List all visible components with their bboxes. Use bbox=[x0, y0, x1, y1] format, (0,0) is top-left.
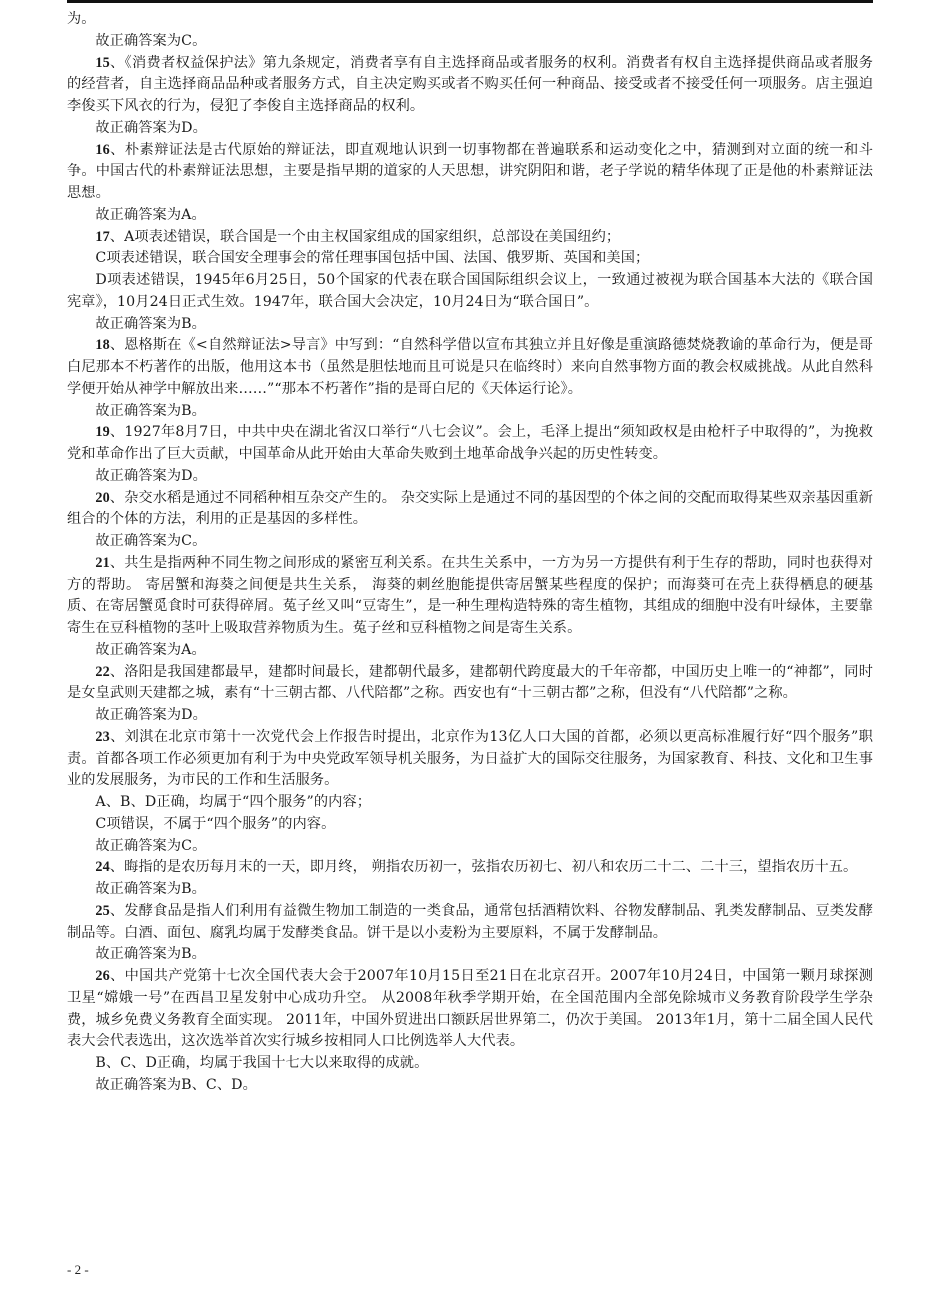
answer-line: 故正确答案为D。 bbox=[67, 705, 873, 727]
question-number: 17 bbox=[95, 229, 109, 245]
answer-line: 故正确答案为A。 bbox=[67, 205, 873, 227]
question-number: 20 bbox=[95, 490, 109, 506]
question-number: 18 bbox=[95, 337, 109, 353]
explanation-line: A、B、D正确，均属于“四个服务”的内容； bbox=[67, 792, 873, 814]
explanation-line: B、C、D正确，均属于我国十七大以来取得的成就。 bbox=[67, 1053, 873, 1075]
question-text: 、恩格斯在《<自然辩证法>导言》中写到：“自然科学借以宣布其独立并且好像是重演路… bbox=[67, 337, 873, 397]
question-text: 、发酵食品是指人们利用有益微生物加工制造的一类食品，通常包括酒精饮料、谷物发酵制… bbox=[67, 903, 873, 941]
question-text: 、刘淇在北京市第十一次党代会上作报告时提出，北京作为13亿人口大国的首都，必须以… bbox=[67, 729, 873, 789]
question-number: 26 bbox=[95, 968, 109, 984]
continuation-text: 为。 bbox=[67, 9, 873, 31]
answer-line: 故正确答案为B。 bbox=[67, 879, 873, 901]
question-20: 20、杂交水稻是通过不同稻种相互杂交产生的。 杂交实际上是通过不同的基因型的个体… bbox=[67, 488, 873, 532]
answer-line: 故正确答案为D。 bbox=[67, 118, 873, 140]
question-number: 24 bbox=[95, 859, 109, 875]
question-text: 、《消费者权益保护法》第九条规定，消费者享有自主选择商品或者服务的权利。消费者有… bbox=[67, 55, 873, 115]
answer-line: 故正确答案为B。 bbox=[67, 401, 873, 423]
explanation-line: D项表述错误，1945年6月25日，50个国家的代表在联合国国际组织会议上，一致… bbox=[67, 270, 873, 314]
question-number: 25 bbox=[95, 903, 109, 919]
question-23: 23、刘淇在北京市第十一次党代会上作报告时提出，北京作为13亿人口大国的首都，必… bbox=[67, 727, 873, 792]
answer-line: 故正确答案为B。 bbox=[67, 944, 873, 966]
question-text: 、中国共产党第十七次全国代表大会于2007年10月15日至21日在北京召开。20… bbox=[67, 968, 873, 1049]
question-number: 21 bbox=[95, 555, 109, 571]
question-number: 19 bbox=[95, 424, 109, 440]
question-25: 25、发酵食品是指人们利用有益微生物加工制造的一类食品，通常包括酒精饮料、谷物发… bbox=[67, 901, 873, 945]
question-number: 16 bbox=[95, 142, 109, 158]
question-number: 15 bbox=[95, 55, 109, 71]
question-22: 22、洛阳是我国建都最早，建都时间最长，建都朝代最多，建都朝代跨度最大的千年帝都… bbox=[67, 662, 873, 706]
question-26: 26、中国共产党第十七次全国代表大会于2007年10月15日至21日在北京召开。… bbox=[67, 966, 873, 1053]
header-rule bbox=[67, 0, 873, 3]
question-17: 17、A项表述错误，联合国是一个由主权国家组成的国家组织，总部设在美国纽约； bbox=[67, 227, 873, 249]
question-text: 、洛阳是我国建都最早，建都时间最长，建都朝代最多，建都朝代跨度最大的千年帝都，中… bbox=[67, 664, 873, 702]
question-15: 15、《消费者权益保护法》第九条规定，消费者享有自主选择商品或者服务的权利。消费… bbox=[67, 53, 873, 118]
document-body: 为。 故正确答案为C。 15、《消费者权益保护法》第九条规定，消费者享有自主选择… bbox=[67, 9, 873, 1097]
question-text: 、1927年8月7日，中共中央在湖北省汉口举行“八七会议”。会上，毛泽上提出“须… bbox=[67, 424, 873, 462]
question-text: 、朴素辩证法是古代原始的辩证法，即直观地认识到一切事物都在普遍联系和运动变化之中… bbox=[67, 142, 873, 202]
answer-line: 故正确答案为C。 bbox=[67, 836, 873, 858]
question-number: 22 bbox=[95, 664, 109, 680]
answer-line: 故正确答案为C。 bbox=[67, 31, 873, 53]
question-21: 21、共生是指两种不同生物之间形成的紧密互利关系。在共生关系中，一方为另一方提供… bbox=[67, 553, 873, 640]
page-number: - 2 - bbox=[67, 1262, 89, 1278]
answer-line: 故正确答案为B、C、D。 bbox=[67, 1075, 873, 1097]
question-text: 、A项表述错误，联合国是一个由主权国家组成的国家组织，总部设在美国纽约； bbox=[110, 229, 620, 245]
answer-line: 故正确答案为C。 bbox=[67, 531, 873, 553]
explanation-line: C项表述错误，联合国安全理事会的常任理事国包括中国、法国、俄罗斯、英国和美国； bbox=[67, 248, 873, 270]
question-16: 16、朴素辩证法是古代原始的辩证法，即直观地认识到一切事物都在普遍联系和运动变化… bbox=[67, 140, 873, 205]
explanation-line: C项错误，不属于“四个服务”的内容。 bbox=[67, 814, 873, 836]
question-number: 23 bbox=[95, 729, 109, 745]
answer-line: 故正确答案为D。 bbox=[67, 466, 873, 488]
question-18: 18、恩格斯在《<自然辩证法>导言》中写到：“自然科学借以宣布其独立并且好像是重… bbox=[67, 335, 873, 400]
question-text: 、杂交水稻是通过不同稻种相互杂交产生的。 杂交实际上是通过不同的基因型的个体之间… bbox=[67, 490, 873, 528]
question-19: 19、1927年8月7日，中共中央在湖北省汉口举行“八七会议”。会上，毛泽上提出… bbox=[67, 422, 873, 466]
question-text: 、晦指的是农历每月末的一天，即月终， 朔指农历初一，弦指农历初七、初八和农历二十… bbox=[110, 859, 858, 875]
question-text: 、共生是指两种不同生物之间形成的紧密互利关系。在共生关系中，一方为另一方提供有利… bbox=[67, 555, 873, 636]
question-24: 24、晦指的是农历每月末的一天，即月终， 朔指农历初一，弦指农历初七、初八和农历… bbox=[67, 857, 873, 879]
answer-line: 故正确答案为B。 bbox=[67, 314, 873, 336]
answer-line: 故正确答案为A。 bbox=[67, 640, 873, 662]
